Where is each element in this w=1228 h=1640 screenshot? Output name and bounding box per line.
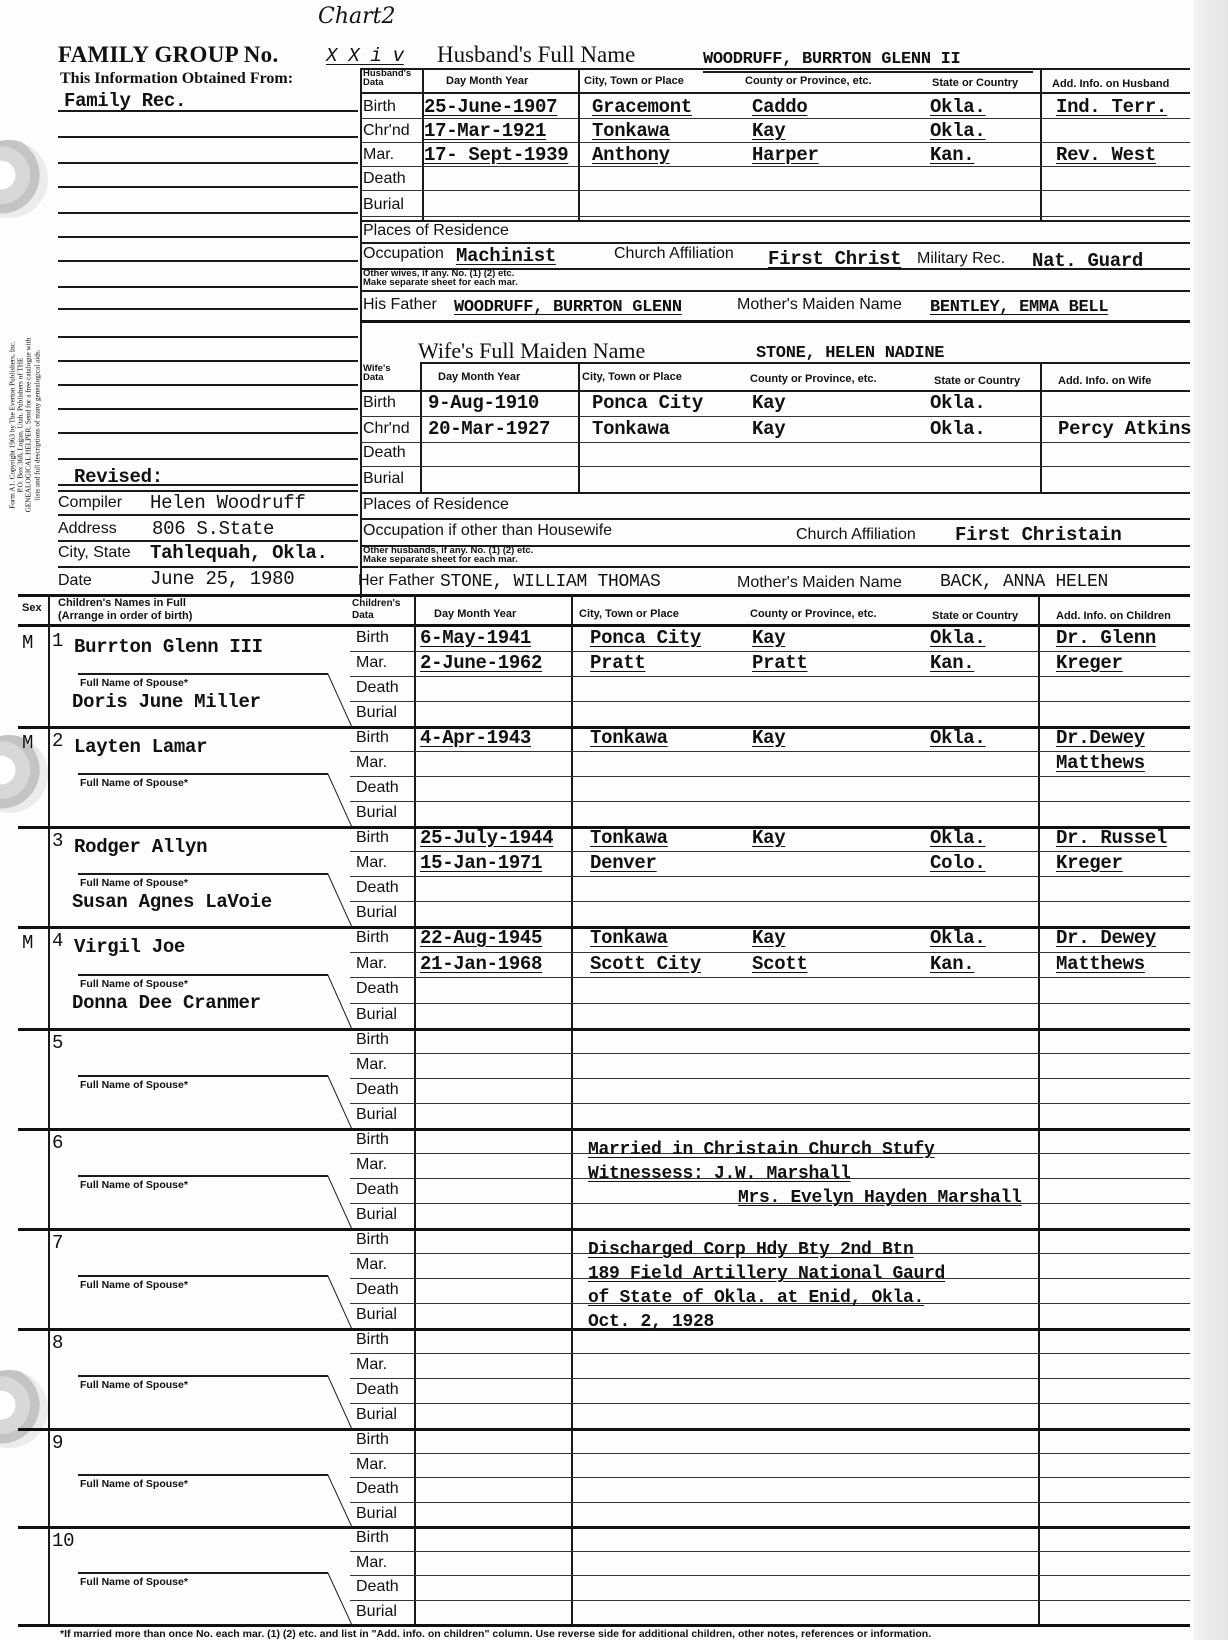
- state-header: State or Country: [932, 77, 1018, 89]
- event-label: Death: [356, 1181, 399, 1199]
- compiler-city: Tahlequah, Okla.: [150, 542, 328, 564]
- spouse-label: Full Name of Spouse*: [80, 1279, 188, 1291]
- event-label: Burial: [363, 470, 404, 488]
- spouse-bracket: [327, 873, 352, 926]
- event-label: Death: [356, 1480, 399, 1498]
- spouse-bracket: [327, 1075, 352, 1128]
- wife-full-name: STONE, HELEN NADINE: [756, 344, 944, 363]
- child-state: Kan.: [930, 652, 974, 674]
- other-husbands-note-2: Make separate sheet for each mar.: [363, 555, 518, 564]
- divider: [420, 362, 1190, 364]
- county-header: County or Province, etc.: [750, 608, 877, 620]
- divider: [18, 1228, 1190, 1231]
- spouse-label: Full Name of Spouse*: [80, 1179, 188, 1191]
- marriage-note: Mrs. Evelyn Hayden Marshall: [738, 1188, 1022, 1208]
- spouse-line: [78, 1474, 328, 1476]
- divider: [360, 290, 1190, 292]
- add-info-children-header: Add. Info. on Children: [1056, 610, 1171, 622]
- punch-hole-icon: [0, 140, 48, 218]
- husband-date: 25-June-1907: [424, 96, 557, 118]
- child-city: Denver: [590, 852, 657, 874]
- child-date: 4-Apr-1943: [420, 727, 531, 749]
- spouse-label: Full Name of Spouse*: [80, 1079, 188, 1091]
- husband-date: 17- Sept-1939: [424, 144, 568, 166]
- military-note: of State of Okla. at Enid, Okla.: [588, 1288, 924, 1308]
- divider: [360, 518, 1190, 520]
- wife-date: 9-Aug-1910: [428, 392, 539, 414]
- child-name: Layten Lamar: [74, 736, 207, 758]
- spouse-bracket: [327, 1275, 352, 1328]
- compiler-date: June 25, 1980: [150, 568, 294, 590]
- event-label: Mar.: [356, 1554, 387, 1572]
- child-county: Pratt: [752, 652, 808, 674]
- divider: [360, 492, 1190, 494]
- husband-state: Okla.: [930, 120, 986, 142]
- source-line: [58, 162, 358, 164]
- spouse-bracket: [327, 673, 352, 726]
- divider: [360, 68, 1190, 70]
- child-state: Okla.: [930, 727, 986, 749]
- city-header: City, Town or Place: [579, 608, 679, 620]
- marriage-note: Married in Christain Church Stufy: [588, 1140, 935, 1160]
- divider: [578, 362, 580, 492]
- child-county: Kay: [752, 827, 785, 849]
- event-label: Burial: [356, 1206, 397, 1224]
- event-label: Death: [356, 879, 399, 897]
- child-date: 2-June-1962: [420, 652, 542, 674]
- child-date: 15-Jan-1971: [420, 852, 542, 874]
- divider: [360, 142, 1190, 143]
- city-state-label: City, State: [58, 544, 131, 562]
- other-wives-note-2: Make separate sheet for each mar.: [363, 278, 518, 287]
- spouse-label: Full Name of Spouse*: [80, 1379, 188, 1391]
- divider: [350, 1403, 1190, 1404]
- child-info: Matthews: [1056, 953, 1145, 975]
- divider: [350, 676, 1190, 677]
- husband-date: 17-Mar-1921: [424, 120, 546, 142]
- spouse-label: Full Name of Spouse*: [80, 677, 188, 689]
- event-label: Death: [356, 1281, 399, 1299]
- spouse-line: [78, 974, 328, 976]
- spouse-line: [78, 1572, 328, 1574]
- husband-info: Rev. West: [1056, 144, 1156, 166]
- chart-note: Chart2: [318, 4, 395, 29]
- divider: [350, 701, 1190, 702]
- wife-city: Ponca City: [592, 392, 703, 414]
- spouse-label: Full Name of Spouse*: [80, 777, 188, 789]
- child-state: Okla.: [930, 627, 986, 649]
- husband-occupation-label: Occupation: [363, 245, 444, 263]
- military-note: Discharged Corp Hdy Bty 2nd Btn: [588, 1240, 914, 1260]
- wife-info: Percy Atkins: [1058, 418, 1191, 440]
- event-label: Burial: [356, 1306, 397, 1324]
- county-header: County or Province, etc.: [750, 373, 877, 385]
- city-header: City, Town or Place: [582, 371, 682, 383]
- event-label: Mar.: [356, 1156, 387, 1174]
- wife-mother: BACK, ANNA HELEN: [940, 572, 1108, 592]
- spouse-bracket: [327, 1175, 352, 1228]
- event-label: Death: [356, 980, 399, 998]
- wife-county: Kay: [752, 392, 785, 414]
- wife-city: Tonkawa: [592, 418, 670, 440]
- child-date: 22-Aug-1945: [420, 927, 542, 949]
- child-sex: M: [22, 632, 33, 654]
- event-label: Burial: [356, 1406, 397, 1424]
- compiler-label: Compiler: [58, 494, 122, 512]
- spouse-line: [78, 773, 328, 775]
- city-header: City, Town or Place: [584, 75, 684, 87]
- child-name: Rodger Allyn: [74, 836, 207, 858]
- source-line: [58, 336, 358, 338]
- husband-state: Okla.: [930, 96, 986, 118]
- source-line: [58, 260, 358, 262]
- footer-note: *If married more than once No. each mar.…: [60, 1628, 931, 1640]
- divider: [350, 977, 1190, 978]
- event-label: Birth: [356, 1231, 389, 1249]
- child-number: 8: [52, 1332, 63, 1354]
- add-info-husband-header: Add. Info. on Husband: [1052, 78, 1169, 90]
- spouse-label: Full Name of Spouse*: [80, 1576, 188, 1588]
- wife-data-header: Wife's Data: [363, 364, 413, 382]
- divider: [1038, 594, 1040, 1624]
- husband-residence-label: Places of Residence: [363, 222, 509, 240]
- event-label: Birth: [356, 1031, 389, 1049]
- address-label: Address: [58, 520, 117, 538]
- state-header: State or Country: [932, 610, 1018, 622]
- source-value: Family Rec.: [64, 90, 186, 112]
- child-info: Dr. Dewey: [1056, 927, 1156, 949]
- divider: [360, 166, 1190, 167]
- husband-church: First Christ: [768, 248, 901, 270]
- wife-church-label: Church Affiliation: [796, 526, 916, 544]
- husband-military-label: Military Rec.: [917, 250, 1005, 268]
- paper-edge: [1194, 0, 1228, 1640]
- revised-label: Revised:: [74, 466, 163, 488]
- spouse-line: [78, 1175, 328, 1177]
- husband-county: Caddo: [752, 96, 808, 118]
- child-number: 1: [52, 630, 63, 652]
- event-label: Mar.: [356, 1456, 387, 1474]
- child-name: Virgil Joe: [74, 936, 185, 958]
- husband-father-label: His Father: [363, 296, 437, 314]
- divider: [360, 242, 1190, 244]
- event-label: Mar.: [356, 854, 387, 872]
- spouse-name: Donna Dee Cranmer: [72, 992, 261, 1014]
- event-label: Death: [363, 444, 406, 462]
- divider: [360, 118, 1190, 119]
- husband-info: Ind. Terr.: [1056, 96, 1167, 118]
- event-label: Birth: [356, 629, 389, 647]
- source-line: [58, 458, 358, 460]
- wife-father-label: Her Father: [358, 572, 434, 590]
- child-state: Colo.: [930, 852, 986, 874]
- event-label: Birth: [356, 1529, 389, 1547]
- event-label: Burial: [356, 804, 397, 822]
- event-label: Burial: [356, 704, 397, 722]
- event-label: Death: [356, 1081, 399, 1099]
- child-info: Dr.Dewey: [1056, 727, 1145, 749]
- child-city: Tonkawa: [590, 727, 668, 749]
- divider: [350, 1600, 1190, 1601]
- child-county: Kay: [752, 727, 785, 749]
- child-date: 21-Jan-1968: [420, 953, 542, 975]
- event-label: Birth: [363, 98, 396, 116]
- event-label: Mar.: [356, 1256, 387, 1274]
- wife-occupation-label: Occupation if other than Housewife: [363, 522, 612, 540]
- spouse-line: [78, 673, 328, 675]
- source-line: [58, 236, 358, 238]
- spouse-line: [78, 1375, 328, 1377]
- add-info-wife-header: Add. Info. on Wife: [1058, 375, 1151, 387]
- husband-city: Tonkawa: [592, 120, 670, 142]
- divider: [578, 68, 580, 220]
- punch-hole-icon: [0, 1370, 48, 1448]
- military-note: 189 Field Artillery National Gaurd: [588, 1264, 945, 1284]
- source-label: This Information Obtained From:: [60, 70, 293, 88]
- divider: [350, 1003, 1190, 1004]
- divider: [350, 1353, 1190, 1354]
- event-label: Mar.: [356, 754, 387, 772]
- event-label: Chr'nd: [363, 122, 410, 140]
- child-county: Kay: [752, 927, 785, 949]
- husband-church-label: Church Affiliation: [614, 245, 734, 263]
- child-number: 4: [52, 930, 63, 952]
- divider: [350, 1575, 1190, 1576]
- divider: [350, 1502, 1190, 1503]
- child-info: Matthews: [1056, 752, 1145, 774]
- wife-name-label: Wife's Full Maiden Name: [418, 338, 645, 364]
- source-line: [58, 186, 358, 188]
- event-label: Death: [356, 679, 399, 697]
- source-line: [58, 136, 358, 138]
- child-city: Pratt: [590, 652, 646, 674]
- child-city: Tonkawa: [590, 927, 668, 949]
- divider: [360, 566, 1190, 568]
- event-label: Birth: [356, 1131, 389, 1149]
- divider: [1040, 362, 1042, 492]
- divider: [360, 466, 1190, 467]
- event-label: Mar.: [356, 1356, 387, 1374]
- event-label: Mar.: [363, 146, 394, 164]
- event-label: Birth: [363, 394, 396, 412]
- spouse-bracket: [327, 1375, 352, 1428]
- sex-header: Sex: [22, 602, 42, 614]
- child-state: Okla.: [930, 827, 986, 849]
- date-header: Day Month Year: [438, 371, 520, 383]
- child-number: 7: [52, 1232, 63, 1254]
- divider: [18, 1526, 1190, 1529]
- child-city: Scott City: [590, 953, 701, 975]
- husband-city: Gracemont: [592, 96, 692, 118]
- source-line: [58, 286, 358, 288]
- divider: [350, 1378, 1190, 1379]
- child-date: 25-July-1944: [420, 827, 553, 849]
- divider: [350, 801, 1190, 802]
- divider: [18, 1428, 1190, 1431]
- event-label: Burial: [356, 1603, 397, 1621]
- county-header: County or Province, etc.: [745, 75, 872, 87]
- source-line: [58, 408, 358, 410]
- husband-name-label: Husband's Full Name: [437, 42, 635, 68]
- child-number: 5: [52, 1032, 63, 1054]
- event-label: Death: [356, 1578, 399, 1596]
- spouse-name: Susan Agnes LaVoie: [72, 891, 272, 913]
- husband-father: WOODRUFF, BURRTON GLENN: [454, 298, 682, 317]
- source-line: [58, 384, 358, 386]
- husband-county: Kay: [752, 120, 785, 142]
- event-label: Chr'nd: [363, 420, 410, 438]
- source-line: [58, 360, 358, 362]
- child-city: Tonkawa: [590, 827, 668, 849]
- husband-state: Kan.: [930, 144, 974, 166]
- children-data-header: Children's Data: [352, 598, 412, 622]
- divider: [58, 514, 358, 516]
- event-label: Burial: [356, 1106, 397, 1124]
- child-city: Ponca City: [590, 627, 701, 649]
- event-label: Burial: [356, 1006, 397, 1024]
- spouse-label: Full Name of Spouse*: [80, 877, 188, 889]
- child-county: Kay: [752, 627, 785, 649]
- spouse-line: [78, 873, 328, 875]
- event-label: Birth: [356, 929, 389, 947]
- child-number: 9: [52, 1432, 63, 1454]
- child-state: Okla.: [930, 927, 986, 949]
- event-label: Death: [356, 779, 399, 797]
- source-line: [58, 308, 358, 310]
- spouse-label: Full Name of Spouse*: [80, 1478, 188, 1490]
- wife-mother-label: Mother's Maiden Name: [737, 574, 902, 592]
- child-number: 10: [52, 1530, 74, 1552]
- event-label: Mar.: [356, 1056, 387, 1074]
- divider: [350, 901, 1190, 902]
- event-label: Birth: [356, 829, 389, 847]
- form-title: FAMILY GROUP No.: [58, 42, 279, 68]
- husband-occupation: Machinist: [456, 245, 556, 267]
- spouse-label: Full Name of Spouse*: [80, 978, 188, 990]
- divider: [1040, 68, 1042, 220]
- divider: [350, 1053, 1190, 1054]
- child-state: Kan.: [930, 953, 974, 975]
- divider: [18, 1128, 1190, 1131]
- wife-state: Okla.: [930, 418, 986, 440]
- event-label: Birth: [356, 1331, 389, 1349]
- divider: [18, 594, 1190, 597]
- child-info: Kreger: [1056, 652, 1123, 674]
- divider: [360, 190, 1190, 191]
- military-note: Oct. 2, 1928: [588, 1312, 714, 1332]
- event-label: Mar.: [356, 654, 387, 672]
- divider: [703, 71, 1033, 73]
- child-number: 6: [52, 1132, 63, 1154]
- wife-state: Okla.: [930, 392, 986, 414]
- divider: [350, 1078, 1190, 1079]
- date-label: Date: [58, 572, 92, 590]
- event-label: Burial: [363, 196, 404, 214]
- child-sex: M: [22, 732, 33, 754]
- event-label: Burial: [356, 1505, 397, 1523]
- divider: [420, 362, 422, 492]
- divider: [350, 1551, 1190, 1552]
- event-label: Burial: [356, 904, 397, 922]
- divider: [360, 416, 1190, 417]
- divider: [48, 594, 50, 1624]
- source-line: [58, 212, 358, 214]
- state-header: State or Country: [934, 375, 1020, 387]
- event-label: Mar.: [356, 955, 387, 973]
- husband-full-name: WOODRUFF, BURRTON GLENN II: [703, 50, 960, 69]
- spouse-name: Doris June Miller: [72, 691, 261, 713]
- child-name: Burrton Glenn III: [74, 636, 263, 658]
- husband-city: Anthony: [592, 144, 670, 166]
- event-label: Death: [356, 1381, 399, 1399]
- spouse-bracket: [327, 1572, 352, 1624]
- event-label: Birth: [356, 729, 389, 747]
- spouse-bracket: [327, 974, 352, 1028]
- divider: [350, 1453, 1190, 1454]
- husband-mother-label: Mother's Maiden Name: [737, 296, 902, 314]
- spouse-line: [78, 1275, 328, 1277]
- event-label: Death: [363, 170, 406, 188]
- wife-county: Kay: [752, 418, 785, 440]
- divider: [360, 442, 1190, 443]
- children-names-header: Children's Names in Full: [58, 597, 186, 609]
- copyright-notice: Form A1. Copyright 1963 by The Everton P…: [2, 290, 48, 560]
- divider: [350, 1103, 1190, 1104]
- divider: [350, 776, 1190, 777]
- marriage-note: Witnessess: J.W. Marshall: [588, 1164, 851, 1184]
- divider: [18, 1028, 1190, 1031]
- wife-father: STONE, WILLIAM THOMAS: [440, 572, 661, 592]
- husband-mother: BENTLEY, EMMA BELL: [930, 298, 1108, 317]
- divider: [350, 876, 1190, 877]
- compiler-name: Helen Woodruff: [150, 492, 305, 514]
- divider: [18, 1624, 1190, 1627]
- child-info: Dr. Glenn: [1056, 627, 1156, 649]
- compiler-address: 806 S.State: [152, 518, 274, 540]
- date-header: Day Month Year: [446, 75, 528, 87]
- spouse-bracket: [327, 1474, 352, 1526]
- divider: [360, 216, 1190, 217]
- wife-date: 20-Mar-1927: [428, 418, 550, 440]
- child-county: Scott: [752, 953, 808, 975]
- child-number: 3: [52, 830, 63, 852]
- child-info: Kreger: [1056, 852, 1123, 874]
- family-group-sheet: Form A1. Copyright 1963 by The Everton P…: [0, 0, 1228, 1640]
- child-date: 6-May-1941: [420, 627, 531, 649]
- child-number: 2: [52, 730, 63, 752]
- divider: [414, 594, 416, 1624]
- group-number: X X i v: [326, 45, 404, 67]
- divider: [350, 1477, 1190, 1478]
- wife-residence-label: Places of Residence: [363, 496, 509, 514]
- source-line: [58, 432, 358, 434]
- children-names-subheader: (Arrange in order of birth): [58, 610, 192, 622]
- husband-county: Harper: [752, 144, 819, 166]
- child-sex: M: [22, 932, 33, 954]
- wife-church: First Christain: [955, 524, 1122, 546]
- divider: [571, 594, 573, 1624]
- date-header: Day Month Year: [434, 608, 516, 620]
- spouse-line: [78, 1075, 328, 1077]
- child-info: Dr. Russel: [1056, 827, 1167, 849]
- divider: [360, 92, 1190, 94]
- husband-data-header: Husband's Data: [363, 69, 421, 87]
- spouse-bracket: [327, 773, 352, 826]
- divider: [360, 320, 1190, 323]
- event-label: Birth: [356, 1431, 389, 1449]
